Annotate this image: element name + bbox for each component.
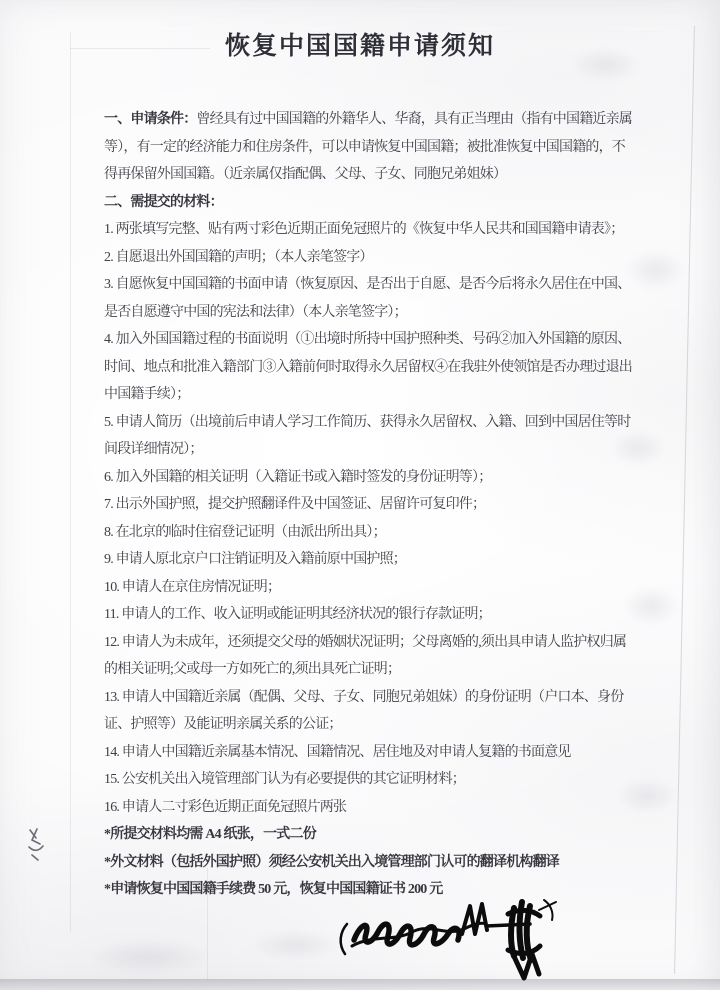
material-item-3: 3. 自愿恢复中国国籍的书面申请（恢复原因、是否出于自愿、是否今后将永久居住在中… xyxy=(104,271,634,326)
material-item-8: 8. 在北京的临时住宿登记证明（由派出所出具）； xyxy=(104,519,634,547)
material-item-7: 7. 出示外国护照，提交护照翻译件及中国签证、居留许可复印件； xyxy=(104,491,634,519)
conditions-paragraph: 一、申请条件：曾经具有过中国国籍的外籍华人、华裔，具有正当理由（指有中国籍近亲属… xyxy=(104,106,634,189)
material-item-14: 14. 申请人中国籍近亲属基本情况、国籍情况、居住地及对申请人复籍的书面意见 xyxy=(104,739,634,767)
material-item-10: 10. 申请人在京住房情况证明； xyxy=(104,574,634,602)
conditions-label: 一、申请条件： xyxy=(104,112,196,127)
scan-smudge xyxy=(626,250,686,290)
fold-line-vertical xyxy=(70,32,71,932)
material-item-12: 12. 申请人为未成年，还须提交父母的婚姻状况证明；父母离婚的,须出具申请人监护… xyxy=(104,629,634,684)
note-paper-size: *所提交材料均需 A4 纸张，一式二份 xyxy=(104,821,634,849)
material-item-2: 2. 自愿退出外国国籍的声明；（本人亲笔签字） xyxy=(104,244,634,272)
material-item-5: 5. 申请人简历（出境前后申请人学习工作简历、获得永久居留权、入籍、回到中国居住… xyxy=(104,409,634,464)
scan-smudge xyxy=(250,930,340,960)
margin-ink-mark xyxy=(22,826,48,866)
material-item-1: 1. 两张填写完整、贴有两寸彩色近期正面免冠照片的《恢复中华人民共和国国籍申请表… xyxy=(104,216,634,244)
material-item-9: 9. 申请人原北京户口注销证明及入籍前原中国护照； xyxy=(104,546,634,574)
scan-smudge xyxy=(90,940,210,974)
material-item-13: 13. 申请人中国籍近亲属（配偶、父母、子女、同胞兄弟姐妹）的身份证明（户口本、… xyxy=(104,684,634,739)
material-item-11: 11. 申请人的工作、收入证明或能证明其经济状况的银行存款证明； xyxy=(104,601,634,629)
material-item-4: 4. 加入外国国籍过程的书面说明（①出境时所持中国护照种类、号码②加入外国籍的原… xyxy=(104,326,634,409)
note-translation: *外文材料（包括外国护照）须经公安机关出入境管理部门认可的翻译机构翻译 xyxy=(104,849,634,877)
material-item-6: 6. 加入外国籍的相关证明（入籍证书或入籍时签发的身份证明等）； xyxy=(104,464,634,492)
material-item-16: 16. 申请人二寸彩色近期正面免冠照片两张 xyxy=(104,794,634,822)
scanned-paper: 恢复中国国籍申请须知 一、申请条件：曾经具有过中国国籍的外籍华人、华裔，具有正当… xyxy=(0,0,720,990)
material-item-15: 15. 公安机关出入境管理部门认为有必要提供的其它证明材料； xyxy=(104,766,634,794)
materials-heading: 二、需提交的材料： xyxy=(104,189,634,217)
page-title: 恢复中国国籍申请须知 xyxy=(0,30,720,64)
paper-crease-right xyxy=(674,26,695,974)
signature-scribble xyxy=(334,894,564,986)
document-body: 一、申请条件：曾经具有过中国国籍的外籍华人、华裔，具有正当理由（指有中国籍近亲属… xyxy=(104,106,634,904)
